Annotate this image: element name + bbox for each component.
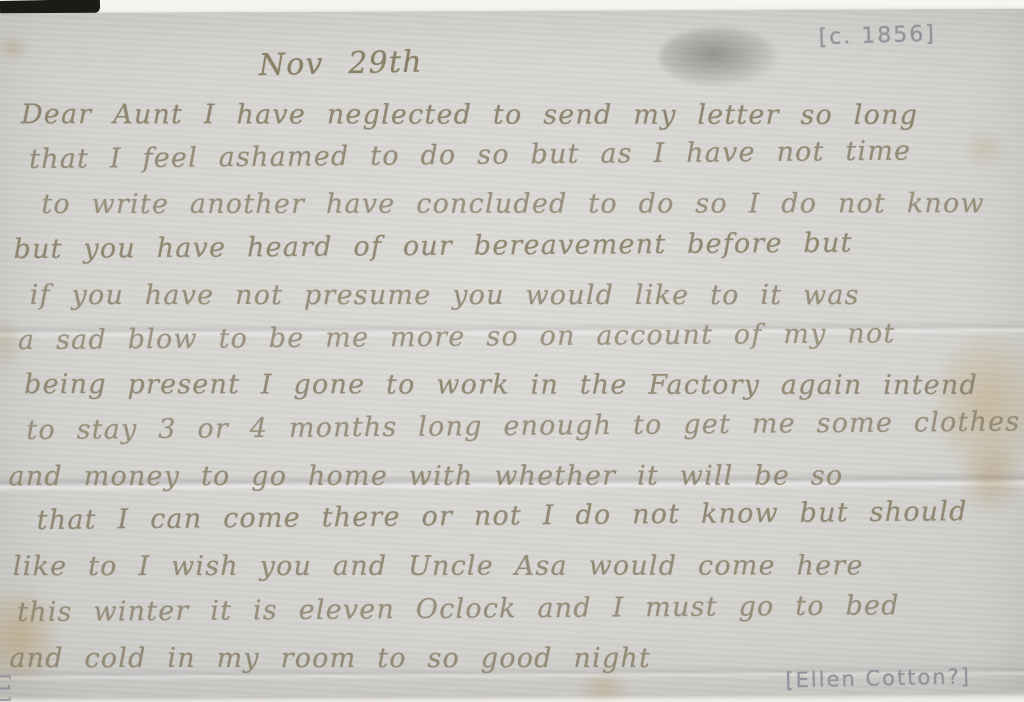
letter-line: and money to go home with whether it wil… bbox=[9, 460, 844, 492]
letter-line: being present I gone to work in the Fact… bbox=[24, 369, 978, 401]
scanned-letter-page: [c. 1856] Nov 29th Dear Aunt I have negl… bbox=[0, 0, 1024, 702]
margin-mark: [1] bbox=[0, 674, 13, 702]
archival-date-annotation: [c. 1856] bbox=[818, 22, 936, 51]
letter-line: but you have heard of our bereavement be… bbox=[13, 228, 852, 266]
archival-name-annotation: [Ellen Cotton?] bbox=[785, 664, 971, 692]
letter-line: if you have not presume you would like t… bbox=[30, 280, 860, 311]
stain-right-upper bbox=[961, 129, 1007, 169]
letter-line: Dear Aunt I have neglected to send my le… bbox=[21, 99, 918, 131]
letter-paper: [c. 1856] Nov 29th Dear Aunt I have negl… bbox=[0, 9, 1024, 698]
charcoal-smudge bbox=[659, 28, 779, 87]
letter-line: and cold in my room to so good night bbox=[9, 643, 651, 674]
stain-bottom-middle bbox=[573, 672, 633, 702]
letter-date: Nov 29th bbox=[258, 45, 423, 84]
letter-line: to write another have concluded to do so… bbox=[41, 188, 984, 220]
letter-line: like to I wish you and Uncle Asa would c… bbox=[13, 550, 864, 582]
